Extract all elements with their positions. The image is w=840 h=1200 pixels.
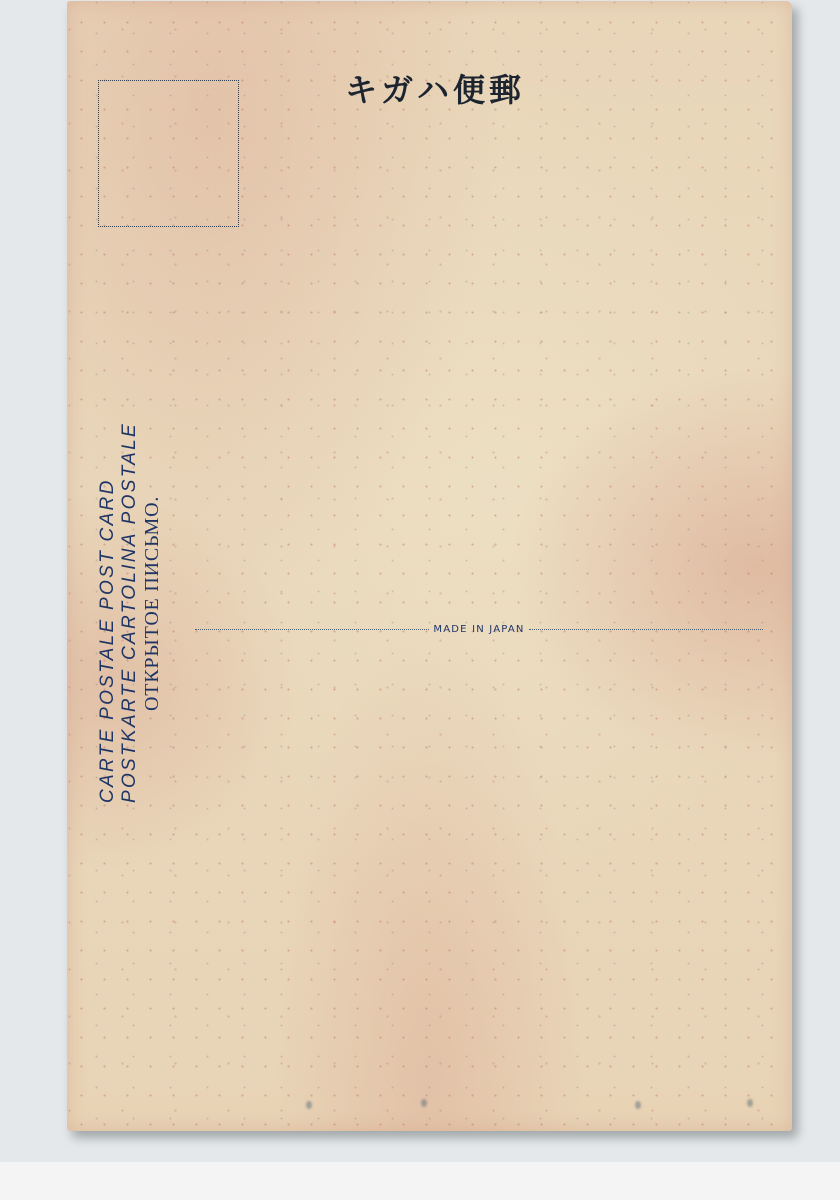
side-legend: CARTE POSTALE POST CARD POSTKARTE CARTOL… bbox=[97, 283, 177, 803]
ink-smudge bbox=[635, 1101, 641, 1109]
address-divider: MADE IN JAPAN bbox=[195, 620, 763, 638]
ink-smudge bbox=[747, 1099, 753, 1107]
legend-line-french-english: CARTE POSTALE POST CARD bbox=[97, 283, 119, 803]
legend-line-russian: ОТКРЫТОЕ ПИСЬМО. bbox=[141, 283, 163, 803]
dotted-line-left bbox=[195, 629, 429, 630]
ink-smudge bbox=[421, 1099, 427, 1107]
header-japanese-title: 郵便ハガキ bbox=[345, 65, 585, 111]
postcard-back: 郵便ハガキ CARTE POSTALE POST CARD POSTKARTE … bbox=[67, 1, 792, 1131]
made-in-japan-label: MADE IN JAPAN bbox=[429, 624, 528, 635]
stamp-box bbox=[98, 80, 239, 227]
dotted-line-right bbox=[529, 629, 763, 630]
bottom-strip bbox=[0, 1162, 840, 1200]
legend-line-german-italian: POSTKARTE CARTOLINA POSTALE bbox=[119, 283, 141, 803]
ink-smudge bbox=[306, 1101, 312, 1109]
